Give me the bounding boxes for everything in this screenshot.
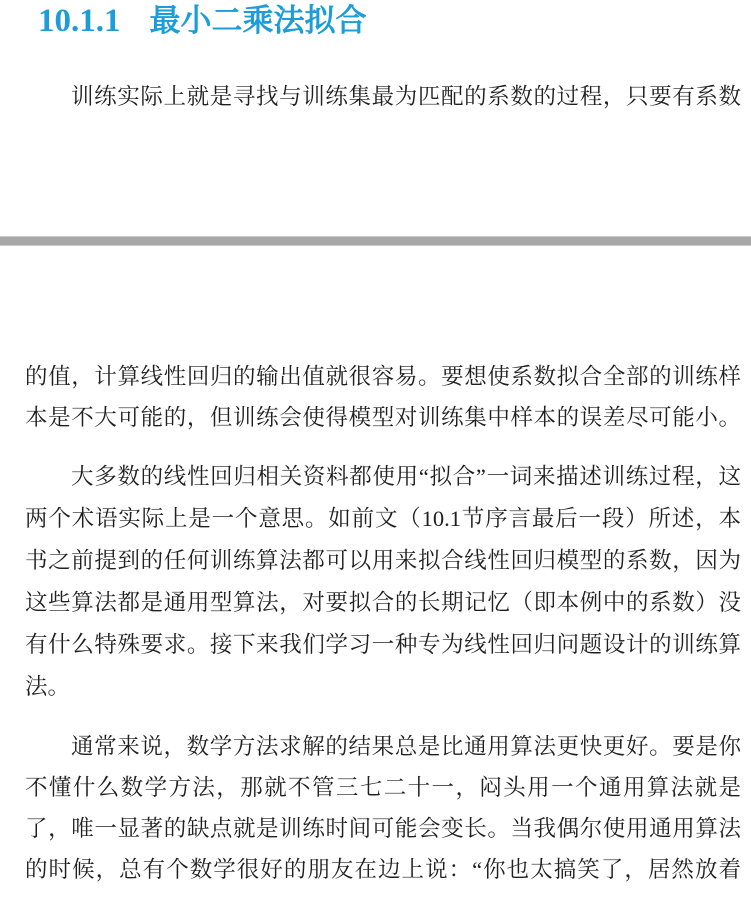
text-line: 通常来说，数学方法求解的结果总是比通用算法更快更好。要是你: [25, 726, 741, 767]
text-line: 书之前提到的任何训练算法都可以用来拟合线性回归模型的系数，因为: [25, 540, 741, 582]
text-line: 两个术语实际上是一个意思。如前文（10.1节序言最后一段）所述，本: [25, 498, 741, 540]
section-number: 10.1.1: [38, 3, 121, 39]
section-title: 最小二乘法拟合: [150, 3, 367, 38]
paragraph-continuation: 的值，计算线性回归的输出值就很容易。要想使系数拟合全部的训练样本是不大可能的，但…: [25, 356, 741, 438]
text-line: 的时候，总有个数学很好的朋友在边上说：“你也太搞笑了，居然放着: [25, 849, 741, 890]
text-line: 训练实际上就是寻找与训练集最为匹配的系数的过程，只要有系数: [25, 76, 741, 117]
text-line: 不懂什么数学方法，那就不管三七二十一，闷头用一个通用算法就是: [25, 767, 741, 808]
paragraph-fitting-term: 大多数的线性回归相关资料都使用“拟合”一词来描述训练过程，这两个术语实际上是一个…: [25, 456, 741, 708]
text-line: 的值，计算线性回归的输出值就很容易。要想使系数拟合全部的训练样: [25, 356, 741, 397]
text-line: 大多数的线性回归相关资料都使用“拟合”一词来描述训练过程，这: [25, 456, 741, 498]
book-page: 10.1.1最小二乘法拟合 训练实际上就是寻找与训练集最为匹配的系数的过程，只要…: [0, 0, 751, 897]
text-line: 这些算法都是通用型算法，对要拟合的长期记忆（即本例中的系数）没: [25, 582, 741, 624]
paragraph-above-page-break: 训练实际上就是寻找与训练集最为匹配的系数的过程，只要有系数: [25, 76, 741, 117]
paragraph-math-methods: 通常来说，数学方法求解的结果总是比通用算法更快更好。要是你不懂什么数学方法，那就…: [25, 726, 741, 890]
text-line: 本是不大可能的，但训练会使得模型对训练集中样本的误差尽可能小。: [25, 397, 741, 438]
text-line: 有什么特殊要求。接下来我们学习一种专为线性回归问题设计的训练算: [25, 624, 741, 666]
text-line: 法。: [25, 666, 741, 708]
section-heading: 10.1.1最小二乘法拟合: [38, 0, 367, 41]
page-break-divider: [0, 236, 751, 246]
text-line: 了，唯一显著的缺点就是训练时间可能会变长。当我偶尔使用通用算法: [25, 808, 741, 849]
